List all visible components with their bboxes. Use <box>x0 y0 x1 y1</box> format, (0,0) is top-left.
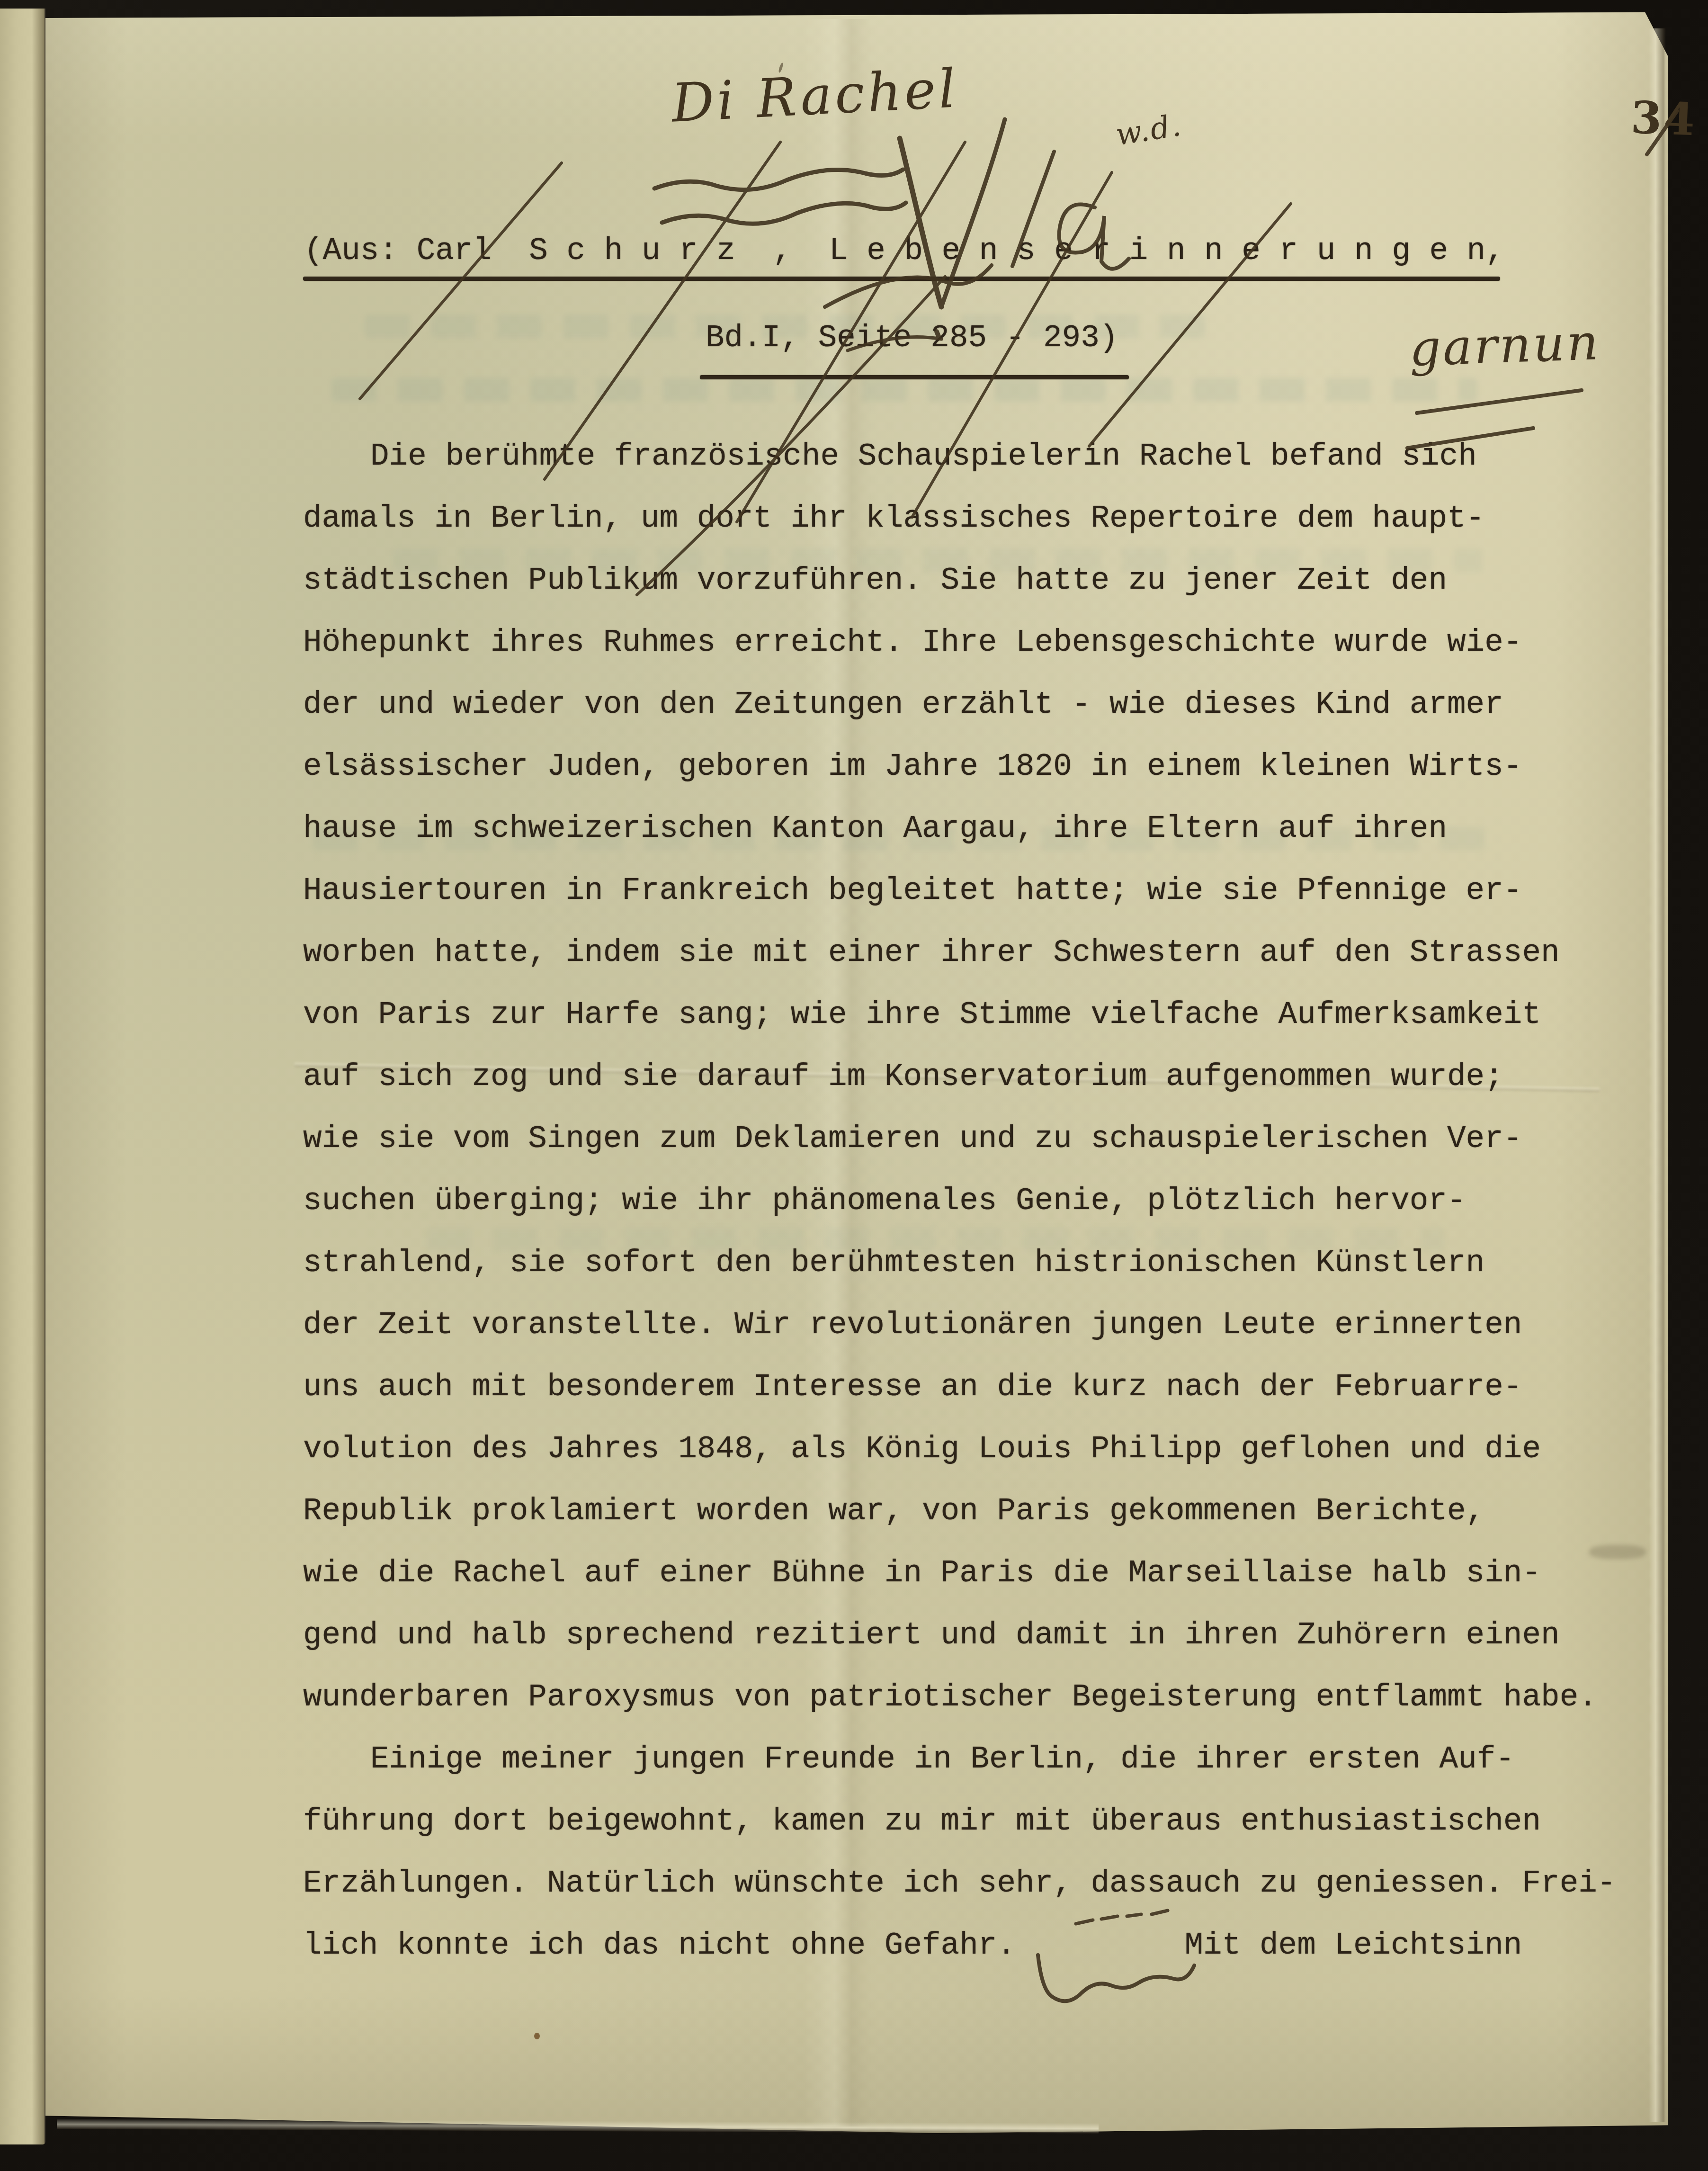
typed-line: strahlend, sie sofort den berühmtesten h… <box>303 1232 1667 1294</box>
typed-line: worben hatte, indem sie mit einer ihrer … <box>303 922 1667 984</box>
typed-line: suchen überging; wie ihr phänomenales Ge… <box>303 1170 1667 1232</box>
source-citation-line1: (Aus: Carl S c h u r z , L e b e n s e r… <box>304 233 1504 269</box>
typed-line: Hausiertouren in Frankreich begleitet ha… <box>303 860 1667 922</box>
typed-line: wie die Rachel auf einer Bühne in Paris … <box>303 1542 1667 1604</box>
typed-line: wie sie vom Singen zum Deklamieren und z… <box>303 1108 1667 1170</box>
typed-line: hause im schweizerischen Kanton Aargau, … <box>303 798 1667 860</box>
typed-line: Republik proklamiert worden war, von Par… <box>303 1480 1667 1542</box>
paper-speck <box>534 2033 540 2039</box>
citation-underline-2 <box>700 375 1129 379</box>
page-number: 34 <box>1630 92 1698 146</box>
source-citation-line2: Bd.I, Seite 285 - 293) <box>706 320 1118 356</box>
typed-line: der und wieder von den Zeitungen erzählt… <box>303 673 1667 736</box>
typed-line: wunderbaren Paroxysmus von patriotischer… <box>303 1666 1667 1728</box>
typed-line: führung dort beigewohnt, kamen zu mir mi… <box>303 1790 1667 1852</box>
typed-line: Erzählungen. Natürlich wünschte ich sehr… <box>303 1852 1667 1914</box>
typed-line: damals in Berlin, um dort ihr klassische… <box>303 487 1667 549</box>
typed-line: gend und halb sprechend rezitiert und da… <box>303 1604 1667 1666</box>
typed-line: auf sich zog und sie darauf im Konservat… <box>303 1046 1667 1108</box>
body-text: Die berühmte französische Schauspielerin… <box>303 425 1667 1976</box>
typed-line: lich konnte ich das nicht ohne Gefahr. M… <box>303 1914 1667 1976</box>
typed-line: der Zeit voranstellte. Wir revolutionäre… <box>303 1294 1667 1356</box>
typed-line: Einige meiner jungen Freunde in Berlin, … <box>303 1728 1667 1790</box>
underlying-page-edge <box>0 9 45 2144</box>
handwritten-margin-note: garnun <box>1408 313 1601 377</box>
bleed-through-text <box>331 378 1477 402</box>
citation-underline-1 <box>303 277 1500 281</box>
typed-line: Die berühmte französische Schauspielerin… <box>303 425 1667 487</box>
typed-line: volution des Jahres 1848, als König Loui… <box>303 1418 1667 1480</box>
scanned-document: (Aus: Carl S c h u r z , L e b e n s e r… <box>0 0 1708 2171</box>
typed-line: von Paris zur Harfe sang; wie ihre Stimm… <box>303 984 1667 1046</box>
typed-line: uns auch mit besonderem Interesse an die… <box>303 1356 1667 1418</box>
typed-line: elsässischer Juden, geboren im Jahre 182… <box>303 736 1667 798</box>
typed-line: städtischen Publikum vorzuführen. Sie ha… <box>303 549 1667 611</box>
typed-line: Höhepunkt ihres Ruhmes erreicht. Ihre Le… <box>303 611 1667 673</box>
